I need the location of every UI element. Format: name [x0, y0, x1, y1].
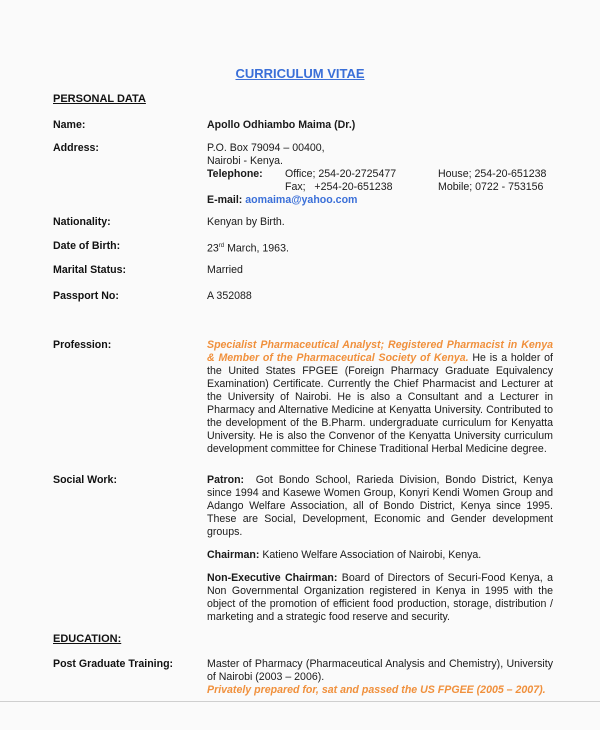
address-block: P.O. Box 79094 – 00400, Nairobi - Kenya.…: [207, 142, 553, 207]
telephone-label: Telephone:: [207, 168, 263, 181]
address-line-1: P.O. Box 79094 – 00400,: [207, 142, 553, 155]
marital-value: Married: [207, 264, 553, 277]
chairman-label: Chairman:: [207, 549, 259, 561]
nonexec-label: Non-Executive Chairman:: [207, 572, 337, 584]
telephone-block: Telephone: Office; 254-20-2725477 Fax; +…: [207, 168, 553, 194]
email-label: E-mail:: [207, 194, 242, 206]
mobile-phone: Mobile; 0722 - 753156: [438, 181, 543, 194]
profession-label: Profession:: [53, 339, 111, 352]
personal-data-heading: PERSONAL DATA: [53, 93, 146, 105]
nationality-label: Nationality:: [53, 216, 111, 229]
nonexec-paragraph: Non-Executive Chairman: Board of Directo…: [207, 572, 553, 624]
dob-label: Date of Birth:: [53, 240, 120, 253]
post-graduate-highlight: Privately prepared for, sat and passed t…: [207, 684, 553, 697]
social-work-block: Patron: Got Bondo School, Rarieda Divisi…: [207, 474, 553, 634]
address-line-2: Nairobi - Kenya.: [207, 155, 553, 168]
passport-value: A 352088: [207, 290, 553, 303]
cv-page: CURRICULUM VITAE PERSONAL DATA Name: Apo…: [0, 0, 600, 730]
post-graduate-label: Post Graduate Training:: [53, 658, 173, 671]
email-link[interactable]: aomaima@yahoo.com: [245, 194, 357, 206]
dob-rest: March, 1963.: [224, 243, 289, 255]
patron-label: Patron:: [207, 474, 244, 486]
dob-day: 23: [207, 243, 219, 255]
nationality-value: Kenyan by Birth.: [207, 216, 553, 229]
house-phone: House; 254-20-651238: [438, 168, 546, 181]
name-label: Name:: [53, 119, 85, 132]
document-title: CURRICULUM VITAE: [0, 66, 600, 81]
dob-value: 23rd March, 1963.: [207, 240, 553, 256]
name-value: Apollo Odhiambo Maima (Dr.): [207, 119, 553, 132]
profession-body: He is a holder of the United States FPGE…: [207, 352, 553, 455]
social-work-label: Social Work:: [53, 474, 117, 487]
post-graduate-text: Master of Pharmacy (Pharmaceutical Analy…: [207, 658, 553, 684]
profession-text: Specialist Pharmaceutical Analyst; Regis…: [207, 339, 553, 456]
post-graduate-block: Master of Pharmacy (Pharmaceutical Analy…: [207, 658, 553, 697]
office-phone: Office; 254-20-2725477: [285, 168, 396, 181]
education-heading: EDUCATION:: [53, 633, 121, 645]
chairman-text: Katieno Welfare Association of Nairobi, …: [259, 549, 481, 561]
page-divider: [0, 701, 600, 702]
patron-text: Got Bondo School, Rarieda Division, Bond…: [207, 474, 556, 538]
patron-paragraph: Patron: Got Bondo School, Rarieda Divisi…: [207, 474, 553, 539]
chairman-paragraph: Chairman: Katieno Welfare Association of…: [207, 549, 553, 562]
fax-number: Fax; +254-20-651238: [285, 181, 392, 194]
email-line: E-mail: aomaima@yahoo.com: [207, 194, 553, 207]
passport-label: Passport No:: [53, 290, 119, 303]
address-label: Address:: [53, 142, 99, 155]
marital-label: Marital Status:: [53, 264, 126, 277]
